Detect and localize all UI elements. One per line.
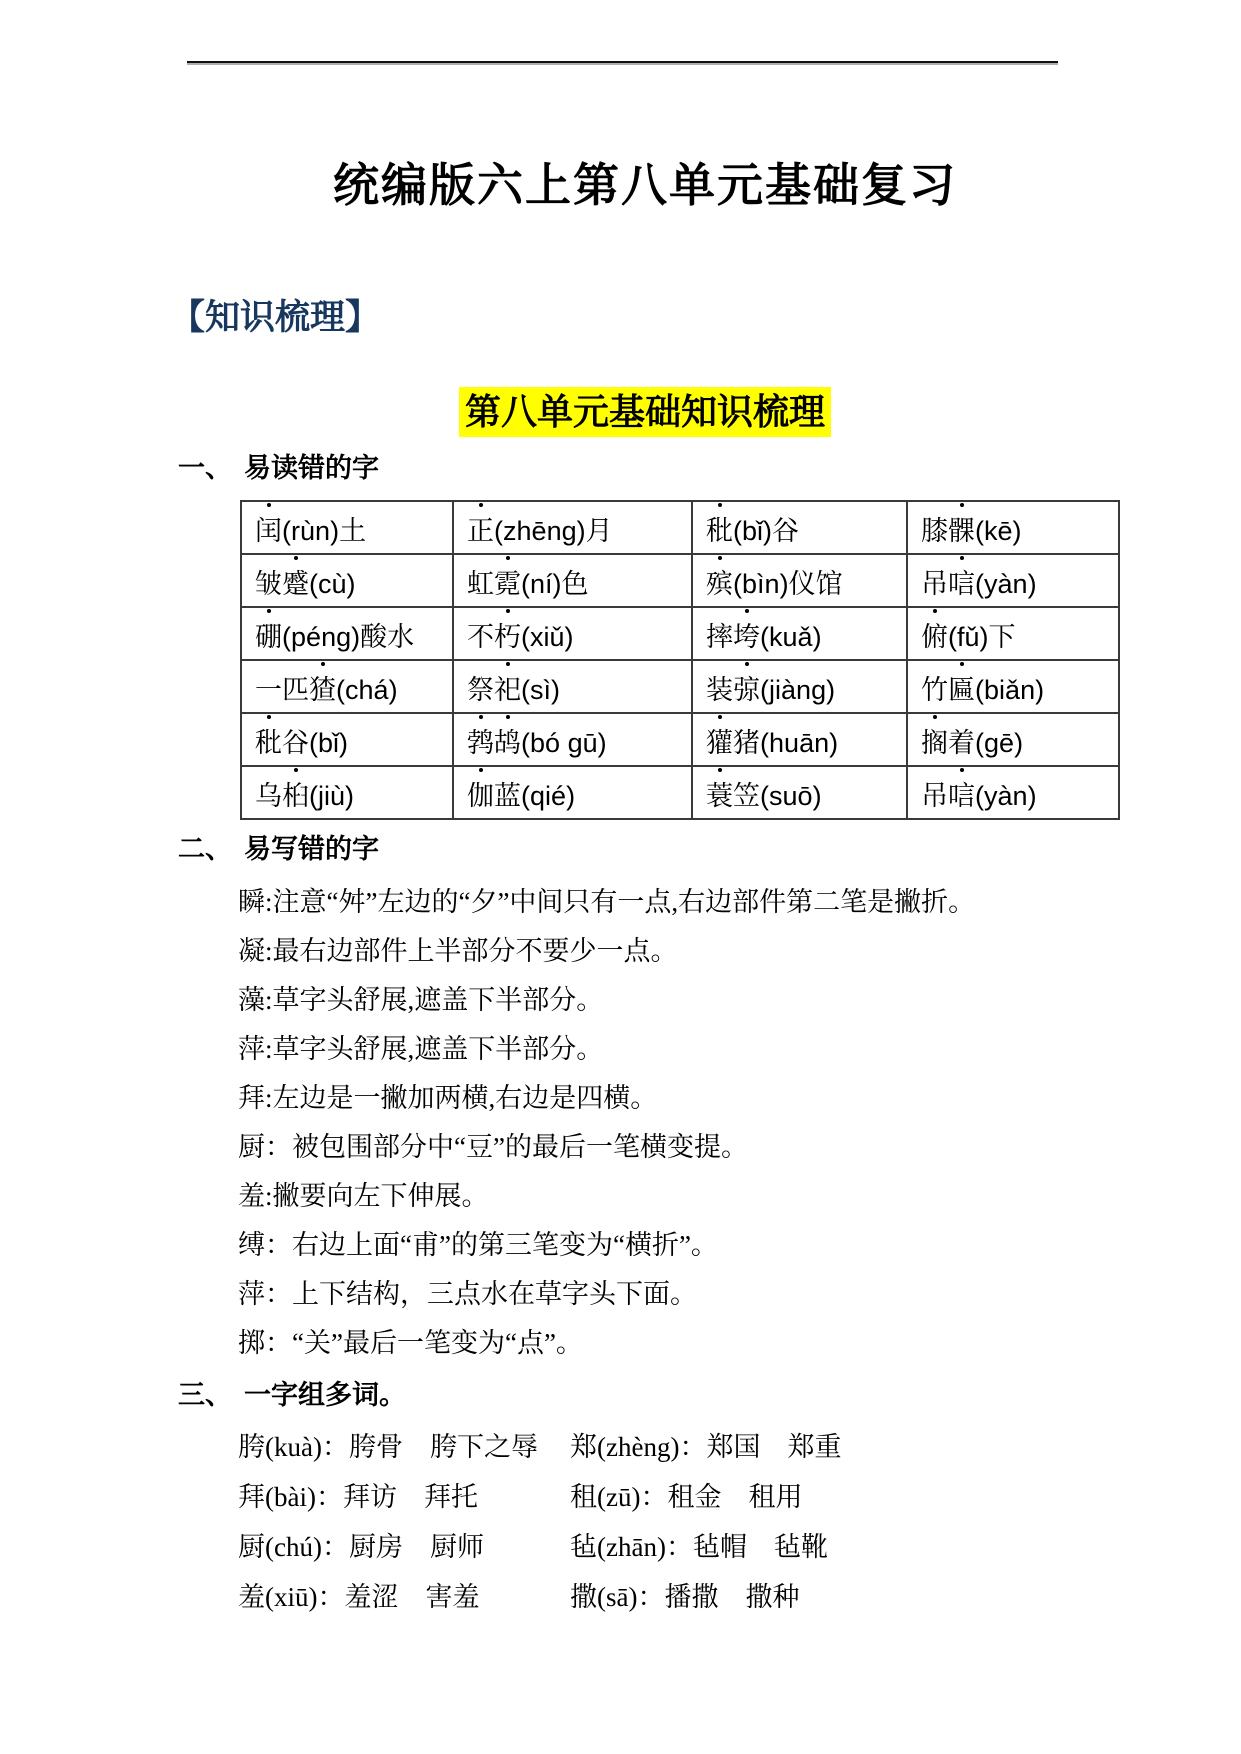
note-item: 掷：“关”最后一笔变为“点”。 [238, 1319, 1120, 1368]
word-group-right: 撒(sā)：播撒 撒种 [570, 1582, 799, 1612]
header-rule [187, 61, 1058, 63]
emphasis-dot-char: 搁 [921, 721, 948, 760]
emphasis-dot-char: 唁 [948, 562, 975, 601]
document-content: 统编版六上第八单元基础复习 【知识梳理】 第八单元基础知识梳理 一、易读错的字 … [170, 159, 1120, 1622]
table-cell: 鹁鸪(bó gū) [453, 713, 692, 766]
section2-number: 二、 [178, 834, 232, 864]
emphasis-dot-char: 蓑 [706, 774, 733, 813]
section3-heading: 三、一字组多词。 [178, 1378, 1120, 1412]
emphasis-dot-char: 祀 [494, 668, 521, 707]
table-cell: 不朽(xiǔ) [453, 607, 692, 660]
emphasis-dot-char: 髁 [948, 509, 975, 548]
table-cell: 吊唁(yàn) [907, 766, 1119, 819]
table-cell: 乌桕(jiù) [241, 766, 453, 819]
word-group-left: 拜(bài)：拜访 拜托 [238, 1472, 570, 1522]
note-item: 萍：上下结构，三点水在草字头下面。 [238, 1270, 1120, 1319]
emphasis-dot-char: 獾 [706, 721, 733, 760]
section3-number: 三、 [178, 1380, 232, 1410]
word-line: 羞(xiū)：羞涩 害羞撒(sā)：播撒 撒种 [238, 1572, 1120, 1622]
table-cell: 虹霓(ní)色 [453, 554, 692, 607]
emphasis-dot-char: 俯 [921, 615, 948, 654]
emphasis-dot-char: 蹙 [282, 562, 309, 601]
emphasis-dot-char: 殡 [706, 562, 733, 601]
emphasis-dot-char: 匾 [948, 668, 975, 707]
emphasis-dot-char: 秕 [706, 509, 733, 548]
table-cell: 摔垮(kuǎ) [692, 607, 907, 660]
emphasis-dot-char: 霓 [494, 562, 521, 601]
note-item: 萍:草字头舒展,遮盖下半部分。 [238, 1025, 1120, 1074]
emphasis-dot-char: 鸪 [494, 721, 521, 760]
table-cell: 伽蓝(qié) [453, 766, 692, 819]
document-title: 统编版六上第八单元基础复习 [170, 159, 1120, 213]
section1-number: 一、 [178, 453, 232, 483]
section3-list: 胯(kuà)：胯骨 胯下之辱郑(zhèng)：郑国 郑重拜(bài)：拜访 拜托… [170, 1422, 1120, 1622]
word-line: 厨(chú)：厨房 厨师毡(zhān)：毡帽 毡靴 [238, 1522, 1120, 1572]
emphasis-dot-char: 闰 [255, 509, 282, 548]
table-cell: 装弶(jiàng) [692, 660, 907, 713]
emphasis-dot-char: 伽 [467, 774, 494, 813]
note-item: 羞:撇要向左下伸展。 [238, 1172, 1120, 1221]
note-item: 凝:最右边部件上半部分不要少一点。 [238, 927, 1120, 976]
table-cell: 硼(péng)酸水 [241, 607, 453, 660]
word-line: 拜(bài)：拜访 拜托租(zū)：租金 租用 [238, 1472, 1120, 1522]
note-item: 缚：右边上面“甫”的第三笔变为“横折”。 [238, 1221, 1120, 1270]
table-row: 硼(péng)酸水不朽(xiǔ)摔垮(kuǎ)俯(fǔ)下 [241, 607, 1119, 660]
table-cell: 吊唁(yàn) [907, 554, 1119, 607]
table-cell: 竹匾(biǎn) [907, 660, 1119, 713]
table-cell: 俯(fǔ)下 [907, 607, 1119, 660]
word-group-left: 厨(chú)：厨房 厨师 [238, 1522, 570, 1572]
table-cell: 膝髁(kē) [907, 501, 1119, 554]
word-group-right: 毡(zhān)：毡帽 毡靴 [570, 1532, 828, 1562]
emphasis-dot-char: 鹁 [467, 721, 494, 760]
emphasis-dot-char: 唁 [948, 774, 975, 813]
table-cell: 祭祀(sì) [453, 660, 692, 713]
table-cell: 秕(bǐ)谷 [692, 501, 907, 554]
note-item: 瞬:注意“舛”左边的“夕”中间只有一点,右边部件第二笔是撇折。 [238, 878, 1120, 927]
word-group-left: 羞(xiū)：羞涩 害羞 [238, 1572, 570, 1622]
emphasis-dot-char: 弶 [733, 668, 760, 707]
table-cell: 搁着(gē) [907, 713, 1119, 766]
emphasis-dot-char: 桕 [282, 774, 309, 813]
document-page: 统编版六上第八单元基础复习 【知识梳理】 第八单元基础知识梳理 一、易读错的字 … [0, 0, 1241, 1754]
table-cell: 獾猪(huān) [692, 713, 907, 766]
emphasis-dot-char: 朽 [494, 615, 521, 654]
table-cell: 殡(bìn)仪馆 [692, 554, 907, 607]
note-item: 藻:草字头舒展,遮盖下半部分。 [238, 976, 1120, 1025]
section1-title: 易读错的字 [244, 453, 379, 483]
section2-heading: 二、易写错的字 [178, 832, 1120, 866]
emphasis-dot-char: 硼 [255, 615, 282, 654]
emphasis-dot-char: 正 [467, 509, 494, 548]
table-cell: 闰(rùn)土 [241, 501, 453, 554]
word-group-right: 郑(zhèng)：郑国 郑重 [570, 1432, 841, 1462]
unit-title-highlight: 第八单元基础知识梳理 [459, 387, 831, 437]
word-line: 胯(kuà)：胯骨 胯下之辱郑(zhèng)：郑国 郑重 [238, 1422, 1120, 1472]
note-item: 拜:左边是一撇加两横,右边是四横。 [238, 1074, 1120, 1123]
unit-title-row: 第八单元基础知识梳理 [170, 387, 1120, 437]
table-cell: 正(zhēng)月 [453, 501, 692, 554]
emphasis-dot-char: 秕 [255, 721, 282, 760]
word-group-right: 租(zū)：租金 租用 [570, 1482, 802, 1512]
table-cell: 皱蹙(cù) [241, 554, 453, 607]
pronunciation-table: 闰(rùn)土正(zhēng)月秕(bǐ)谷膝髁(kē)皱蹙(cù)虹霓(ní)… [240, 500, 1120, 820]
table-cell: 秕谷(bǐ) [241, 713, 453, 766]
table-row: 乌桕(jiù)伽蓝(qié)蓑笠(suō)吊唁(yàn) [241, 766, 1119, 819]
section2-list: 瞬:注意“舛”左边的“夕”中间只有一点,右边部件第二笔是撇折。凝:最右边部件上半… [170, 878, 1120, 1368]
table-cell: 蓑笠(suō) [692, 766, 907, 819]
knowledge-section-label: 【知识梳理】 [170, 297, 1120, 339]
word-group-left: 胯(kuà)：胯骨 胯下之辱 [238, 1422, 570, 1472]
table-row: 秕谷(bǐ)鹁鸪(bó gū)獾猪(huān)搁着(gē) [241, 713, 1119, 766]
section3-title: 一字组多词。 [244, 1380, 406, 1410]
section1-heading: 一、易读错的字 [178, 451, 1120, 485]
section2-title: 易写错的字 [244, 834, 379, 864]
table-cell: 一匹猹(chá) [241, 660, 453, 713]
emphasis-dot-char: 垮 [733, 615, 760, 654]
table-row: 一匹猹(chá)祭祀(sì)装弶(jiàng)竹匾(biǎn) [241, 660, 1119, 713]
note-item: 厨：被包围部分中“豆”的最后一笔横变提。 [238, 1123, 1120, 1172]
table-row: 闰(rùn)土正(zhēng)月秕(bǐ)谷膝髁(kē) [241, 501, 1119, 554]
emphasis-dot-char: 猹 [309, 668, 336, 707]
table-row: 皱蹙(cù)虹霓(ní)色殡(bìn)仪馆吊唁(yàn) [241, 554, 1119, 607]
